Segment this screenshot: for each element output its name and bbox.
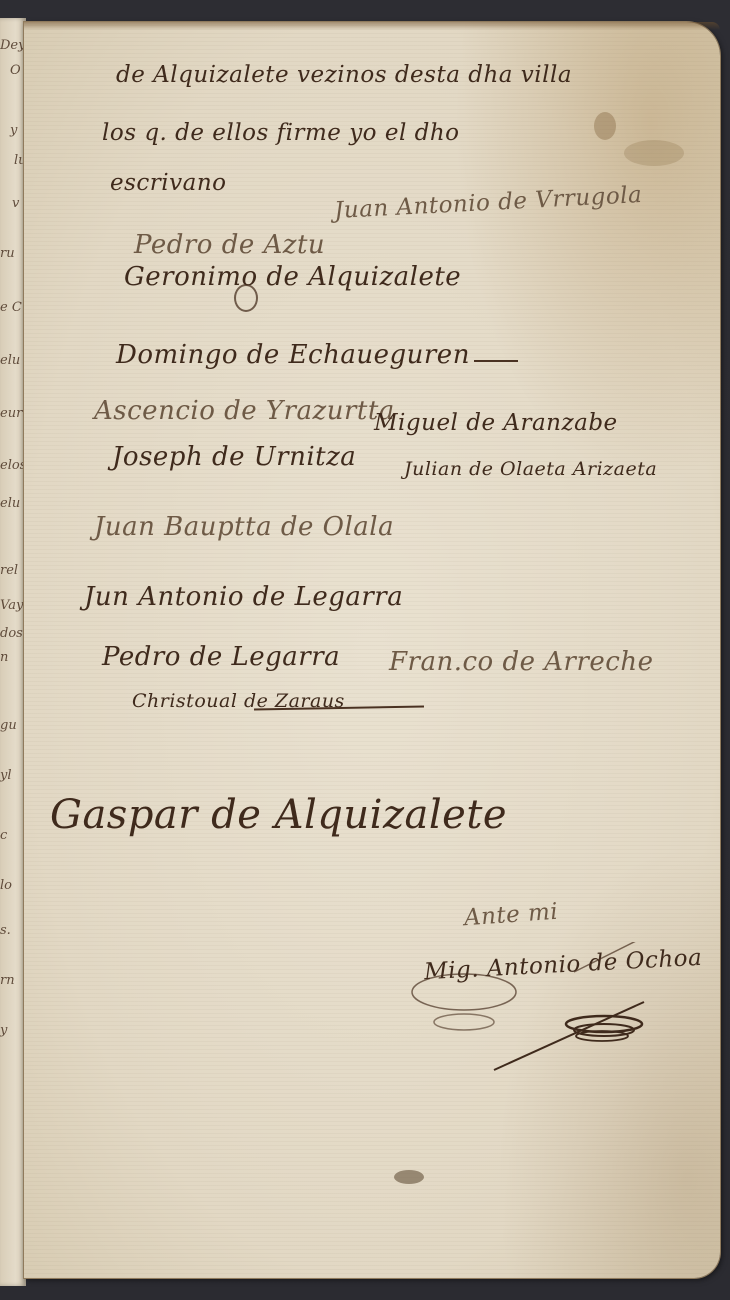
ink-blot [394, 1170, 424, 1184]
signature-joseph-de-urniza: Joseph de Urnitza [112, 442, 356, 472]
notary-rubric-icon [404, 942, 684, 1082]
signature-ascencio-de-yrazurtta: Ascencio de Yrazurtta [94, 396, 395, 426]
prev-fragment: ru [0, 246, 15, 261]
prev-fragment: c [0, 828, 7, 843]
prev-fragment: rel [0, 563, 18, 578]
prev-fragment: s. [0, 923, 11, 938]
prev-fragment: rn [0, 973, 15, 988]
prev-fragment: y [0, 1023, 7, 1038]
prev-fragment: elu [0, 353, 20, 368]
prev-fragment: v [12, 196, 19, 211]
signature-geronimo-de-alquizalete: Geronimo de Alquizalete [124, 262, 461, 292]
prev-fragment: yl [0, 768, 12, 783]
prev-fragment: eur [0, 406, 22, 421]
prev-fragment: gu [0, 718, 17, 733]
signature-julian-de-olaeta: Julian de Olaeta Arizaeta [404, 458, 657, 480]
closing-text-line-1: de Alquizalete vezinos desta dha villa [116, 62, 572, 88]
prev-fragment: n [0, 650, 8, 665]
signature-miguel-de-aranzabe: Miguel de Aranzabe [374, 410, 618, 436]
prev-fragment: Vay [0, 598, 23, 613]
prev-fragment: lo [0, 878, 12, 893]
prev-fragment: elu [0, 496, 20, 511]
water-stain [624, 140, 684, 166]
signature-juan-bautista-de-olala: Juan Bauptta de Olala [94, 512, 394, 542]
closing-text-line-2: los q. de ellos firme yo el dho [102, 120, 460, 146]
signature-pedro-de-aztu: Pedro de Aztu [134, 230, 325, 260]
closing-text-line-3: escrivano [110, 170, 227, 196]
prev-fragment: O [10, 63, 21, 78]
previous-page-edge: Dey O y lu v ru e C elu eur elos elu rel… [0, 18, 26, 1286]
prev-fragment: Dey [0, 38, 25, 53]
signature-juan-antonio-de-legarra: Jun Antonio de Legarra [84, 582, 403, 612]
notary-ante-mi: Ante mi [463, 899, 559, 932]
manuscript-page: de Alquizalete vezinos desta dha villa l… [24, 22, 720, 1278]
ink-stain [594, 112, 616, 140]
signature-domingo-de-echaueguren: Domingo de Echaueguren [116, 340, 470, 370]
signature-francisco-de-arreche: Fran.co de Arreche [389, 647, 653, 677]
prev-fragment: elos [0, 458, 26, 473]
signature-dash [474, 360, 518, 362]
signature-juan-antonio-de-urrugola: Juan Antonio de Vrrugola [334, 182, 643, 224]
flourish-mark [234, 284, 258, 312]
signature-pedro-de-legarra: Pedro de Legarra [102, 642, 340, 672]
signature-gaspar-de-alquizalete: Gaspar de Alquizalete [50, 792, 507, 838]
manuscript-scene: Dey O y lu v ru e C elu eur elos elu rel… [0, 0, 730, 1300]
prev-fragment: y [10, 123, 17, 138]
prev-fragment: dos [0, 626, 23, 641]
prev-fragment: e C [0, 300, 22, 315]
